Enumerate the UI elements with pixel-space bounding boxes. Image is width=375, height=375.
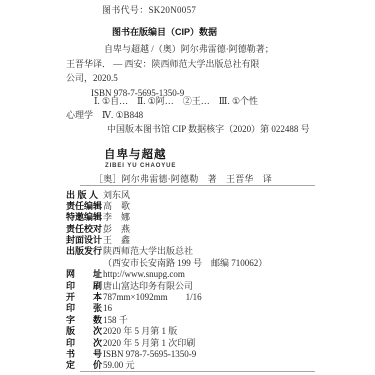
colophon-row: 网 址http://www.snupg.com — [66, 269, 346, 280]
colophon-value: 刘东风 — [103, 190, 130, 201]
colophon-row: 责任编辑高 歌 — [66, 201, 346, 212]
colophon-value: （西安市长安南路 199 号 邮编 710062） — [103, 258, 267, 269]
colophon-value: 陕西师范大学出版总社 — [103, 246, 193, 257]
cip-description-line: 公司，2020.5 — [66, 71, 324, 86]
authorship-line: ［奥］阿尔弗雷德·阿德勒 著 王晋华 译 — [94, 172, 272, 185]
colophon-label: 特邀编辑 — [66, 212, 103, 223]
book-title-pinyin: ZIBEI YU CHAOYUE — [105, 163, 176, 169]
colophon-label: 印 张 — [66, 303, 103, 314]
cip-description-line: 王晋华译． — 西安：陕西师范大学出版总社有限 — [66, 57, 324, 72]
colophon-value: 16 — [103, 303, 112, 314]
colophon-value: 高 歌 — [103, 201, 130, 212]
colophon-value: 158 千 — [103, 315, 128, 326]
colophon-row: 书 号ISBN 978-7-5695-1350-9 — [66, 349, 346, 360]
colophon-label: 责任校对 — [66, 224, 103, 235]
colophon-row: 印 刷唐山富达印务有限公司 — [66, 281, 346, 292]
colophon-row: 责任校对彭 燕 — [66, 224, 346, 235]
colophon-value: 2020 年 5 月第 1 版 — [103, 326, 177, 337]
colophon-label: 开 本 — [66, 292, 103, 303]
colophon-row: 出 版 人刘东风 — [66, 190, 346, 201]
colophon-label: 版 次 — [66, 326, 103, 337]
colophon-row: 特邀编辑李 娜 — [66, 212, 346, 223]
colophon-row: （西安市长安南路 199 号 邮编 710062） — [66, 258, 346, 269]
cip-record-number: 中国版本图书馆 CIP 数据核字（2020）第 022488 号 — [107, 122, 310, 135]
colophon-row: 印 次2020 年 5 月第 1 次印刷 — [66, 338, 346, 349]
colophon-label: 字 数 — [66, 315, 103, 326]
colophon-value: http://www.snupg.com — [103, 269, 185, 280]
colophon-list: 出 版 人刘东风 责任编辑高 歌 特邀编辑李 娜 责任校对彭 燕 封面设计王 鑫… — [66, 190, 346, 372]
colophon-label: 印 次 — [66, 338, 103, 349]
colophon-row: 字 数158 千 — [66, 315, 346, 326]
colophon-row: 出版发行陕西师范大学出版总社 — [66, 246, 346, 257]
colophon-value: 唐山富达印务有限公司 — [103, 281, 193, 292]
cip-classification-line: 心理学 Ⅳ. ①B848 — [66, 108, 324, 122]
colophon-row: 版 次2020 年 5 月第 1 版 — [66, 326, 346, 337]
colophon-label: 封面设计 — [66, 235, 103, 246]
colophon-row: 印 张16 — [66, 303, 346, 314]
cip-heading: 图书在版编目（CIP）数据 — [112, 25, 217, 38]
colophon-value: 王 鑫 — [103, 235, 130, 246]
colophon-label: 出版发行 — [66, 246, 103, 257]
colophon-row: 开 本787mm×1092mm 1/16 — [66, 292, 346, 303]
divider-line — [80, 185, 315, 186]
divider-line — [80, 371, 315, 372]
colophon-label: 网 址 — [66, 269, 103, 280]
colophon-value: 彭 燕 — [103, 224, 130, 235]
colophon-label: 书 号 — [66, 349, 103, 360]
copyright-page: 图书代号：SK20N0057 图书在版编目（CIP）数据 自卑与超越 /（奥）阿… — [0, 0, 375, 375]
colophon-label: 印 刷 — [66, 281, 103, 292]
cip-description: 自卑与超越 /（奥）阿尔弗雷德·阿德勒著； 王晋华译． — 西安：陕西师范大学出… — [66, 42, 324, 100]
book-code: 图书代号：SK20N0057 — [102, 3, 196, 16]
colophon-value: 2020 年 5 月第 1 次印刷 — [103, 338, 195, 349]
cip-description-line: 自卑与超越 /（奥）阿尔弗雷德·阿德勒著； — [66, 42, 324, 57]
colophon-value: 李 娜 — [103, 212, 130, 223]
colophon-value: ISBN 978-7-5695-1350-9 — [103, 349, 196, 360]
colophon-value: 787mm×1092mm 1/16 — [103, 292, 202, 303]
colophon-row: 封面设计王 鑫 — [66, 235, 346, 246]
cip-classification: Ⅰ. ①自… Ⅱ. ①阿… ②王… Ⅲ. ①个性 心理学 Ⅳ. ①B848 — [66, 94, 324, 122]
colophon-label: 出 版 人 — [66, 190, 103, 201]
colophon-label: 责任编辑 — [66, 201, 103, 212]
book-title: 自卑与超越 — [104, 146, 167, 162]
cip-classification-line: Ⅰ. ①自… Ⅱ. ①阿… ②王… Ⅲ. ①个性 — [66, 94, 324, 108]
